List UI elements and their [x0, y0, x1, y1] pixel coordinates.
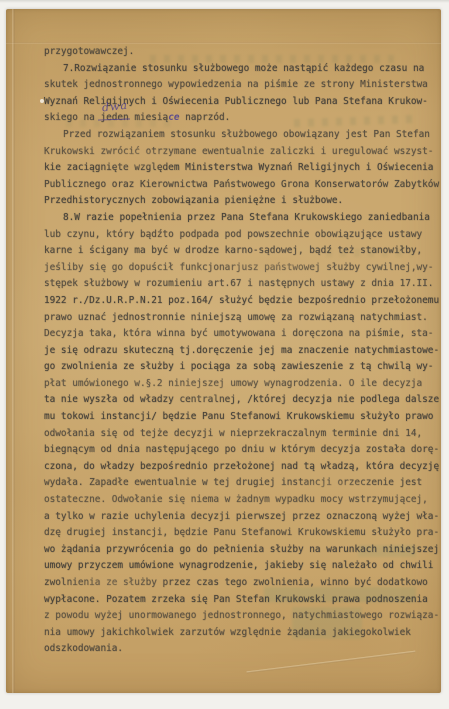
text-line: je się odrazu skuteczną tj.doręczenie je… — [44, 343, 443, 360]
text-line: dzę drugiej instancji, będzie Panu Stefa… — [44, 525, 443, 542]
text-line: ostateczne. Odwołanie się niema w żadnym… — [44, 492, 443, 509]
handwritten-correction: dwa — [102, 98, 130, 117]
line-fragment: skiego na — [44, 112, 100, 123]
text-line: a tylko w razie uchylenia decyzji pierws… — [44, 509, 443, 526]
ink-overwrite: ce — [168, 112, 179, 123]
text-line: prawo uznać jednostronnie niniejszą umow… — [44, 310, 443, 327]
text-line: nia umowy jakichkolwiek zarzutów względn… — [44, 625, 443, 642]
text-line: go zwolnienia ze służby i pociąga za sob… — [44, 359, 443, 376]
text-line: mu tokowi instancji/ będzie Panu Stefano… — [44, 409, 443, 426]
text-line: zwolnienia ze służby przez czas tego zwo… — [44, 575, 443, 592]
text-line: lub czynu, który bądźto podpada pod pows… — [44, 227, 443, 244]
text-line: stępek służbowy w rozumieniu art.67 i na… — [44, 276, 443, 293]
text-line: 8.W razie popełnienia przez Pana Stefana… — [44, 210, 443, 227]
text-line: skiego na jedendwa miesiące naprzód. — [44, 110, 443, 127]
scanner-edge — [0, 0, 449, 3]
text-line: jeśliby się go dopuścił funkcjonarjusz p… — [44, 260, 443, 277]
struck-word: jedendwa — [100, 110, 128, 127]
text-line: wydała. Zapadłe ewentualnie w tej drugie… — [44, 475, 443, 492]
text-line: skutek jednostronnego wypowiedzenia na p… — [44, 77, 443, 94]
text-line: z powodu wyżej unormowanego jednostronne… — [44, 608, 443, 625]
text-line: kie zaciągnięte względem Ministerstwa Wy… — [44, 160, 443, 177]
text-line: odwołania się od tejże decyzji w nieprze… — [44, 426, 443, 443]
text-line: Krukowski zwrócić otrzymane ewentualnie … — [44, 144, 443, 161]
text-line: ta nie wyszła od władzy centralnej, /któ… — [44, 392, 443, 409]
text-line: przygotowawczej. — [44, 44, 443, 61]
text-line: czona, do władzy bezpośrednio przełożone… — [44, 459, 443, 476]
text-line: umowy przyczem umówione wynagrodzenie, j… — [44, 558, 443, 575]
typed-text: przygotowawczej.7.Rozwiązanie stosunku s… — [44, 44, 443, 658]
text-line: Przed rozwiązaniem stosunku służbowego o… — [44, 127, 443, 144]
text-line: Przedhistorycznych zobowiązania pieniężn… — [44, 193, 443, 210]
text-line: karne i ścigany ma być w drodze karno-są… — [44, 243, 443, 260]
text-line: Publicznego oraz Kierownictwa Państwoweg… — [44, 177, 443, 194]
text-line: biegnącym od dnia następującego po dniu … — [44, 442, 443, 459]
text-line: Decyzja taka, która winna być umotywowan… — [44, 326, 443, 343]
text-line: wypłacone. Pozatem zrzeka się Pan Stefan… — [44, 592, 443, 609]
line-fragment: naprzód. — [180, 112, 231, 123]
text-line: płat umówionego w.§.2 niniejszej umowy w… — [44, 376, 443, 393]
text-line: 7.Rozwiązanie stosunku służbowego może n… — [44, 61, 443, 78]
text-line: wo żądania przywrócenia go do pełnienia … — [44, 542, 443, 559]
paper-crease-vertical — [12, 9, 15, 693]
text-line: 1922 r./Dz.U.R.P.N.21 poz.164/ służyć bę… — [44, 293, 443, 310]
document-paper: przygotowawczej.7.Rozwiązanie stosunku s… — [6, 9, 441, 693]
line-fragment: miesią — [129, 112, 169, 123]
